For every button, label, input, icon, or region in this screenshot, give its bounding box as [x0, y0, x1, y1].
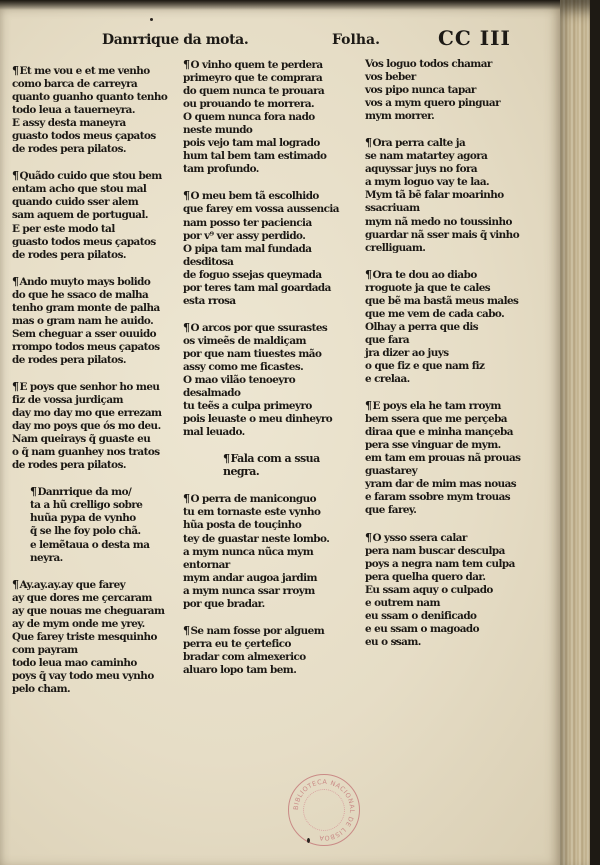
- verse-line: pera quelha quero dar.: [365, 571, 550, 584]
- verse-line: ¶Quãdo cuido que stou bem: [12, 169, 187, 183]
- verse-text: a mym loguo vay te laa.: [365, 176, 489, 188]
- book-page: Danrrique da mota. Folha. CC III ¶Et me …: [0, 0, 560, 865]
- verse-line: neste mundo: [183, 124, 363, 137]
- verse-stanza: ¶Ora perra calte jase nam matartey agora…: [365, 136, 550, 254]
- verse-text: que farey em vossa aussencia: [183, 203, 339, 215]
- verse-line: Vos loguo todos chamar: [365, 58, 550, 71]
- pilcrow-icon: ¶: [183, 189, 189, 202]
- verse-text: por v⁹ ver assy perdido.: [183, 230, 305, 242]
- verse-line: ¶Ora te dou ao diabo: [365, 268, 550, 282]
- verse-line: day mo day mo que errezam: [12, 407, 187, 420]
- verse-text: ay de mym onde me yrey.: [12, 618, 145, 630]
- verse-line: o q̃ nam guanhey nos tratos: [12, 446, 187, 459]
- verse-text: todo leua mao caminho: [12, 657, 137, 669]
- verse-text: de rodes pera pilatos.: [12, 143, 126, 155]
- verse-line: crelliguam.: [365, 242, 550, 255]
- verse-stanza: ¶O vinho quem te perderaprimeyro que te …: [183, 58, 363, 176]
- verse-text: Nam queirays q̃ guaste eu: [12, 433, 150, 445]
- verse-line: do quem nunca te prouara: [183, 85, 363, 98]
- verse-text: Vos loguo todos chamar: [365, 58, 492, 70]
- verse-line: primeyro que te comprara: [183, 72, 363, 85]
- verse-line: hũa posta de touçinho: [183, 519, 363, 532]
- verse-line: e outrem nam: [365, 597, 550, 610]
- verse-line: ¶O ysso ssera calar: [365, 531, 550, 545]
- pilcrow-icon: ¶: [365, 531, 371, 544]
- verse-text: esta rrosa: [183, 295, 236, 307]
- verse-line: aluaro lopo tam bem.: [183, 664, 363, 677]
- verse-line: a mym nunca nũca mym: [183, 546, 363, 559]
- verse-line: ¶Et me vou e et me venho: [12, 64, 187, 78]
- verse-text: entam acho que stou mal: [12, 183, 146, 195]
- verse-text: perra eu te çertefico: [183, 638, 291, 650]
- verse-text: day mo day mo que errezam: [12, 407, 162, 419]
- pilcrow-icon: ¶: [12, 578, 18, 591]
- pilcrow-icon: ¶: [365, 399, 371, 412]
- verse-line: por que bradar.: [183, 598, 363, 611]
- verse-text: os vimeẽs de maldiçam: [183, 335, 306, 347]
- verse-text: guastarey: [365, 465, 417, 477]
- verse-text: Se nam fosse por alguem: [190, 625, 324, 637]
- verse-text: Olhay a perra que dis: [365, 321, 478, 333]
- verse-line: ¶E poys ela he tam rroym: [365, 399, 550, 413]
- verse-text: E poys que senhor ho meu: [19, 381, 159, 393]
- verse-text: aluaro lopo tam bem.: [183, 664, 296, 676]
- verse-line: tenho gram monte de palha: [12, 302, 187, 315]
- verse-text: a mym nunca ssar rroym: [183, 585, 315, 597]
- verse-line: guasto todos meus çapatos: [12, 236, 187, 249]
- verse-line: de rodes pera pilatos.: [12, 143, 187, 156]
- verse-line: bem ssera que me perçeba: [365, 413, 550, 426]
- verse-line: ay de mym onde me yrey.: [12, 618, 187, 631]
- verse-line: E per este modo tal: [12, 223, 187, 236]
- verse-text: de rodes pera pilatos.: [12, 354, 126, 366]
- pilcrow-icon: ¶: [183, 321, 189, 334]
- binding-shadow: [590, 0, 600, 865]
- verse-line: tu teẽs a culpa primeyro: [183, 400, 363, 413]
- verse-stanza: ¶Ay.ay.ay.ay que fareyay que dores me çe…: [12, 578, 187, 696]
- verse-line: ¶Danrrique da mo/: [30, 485, 187, 499]
- verse-line: aquyssar juys no fora: [365, 163, 550, 176]
- verse-stanza: ¶Ando muyto mays bolidodo que he ssaco d…: [12, 275, 187, 367]
- verse-line: ou prouando te morrera.: [183, 98, 363, 111]
- verse-text: o q̃ nam guanhey nos tratos: [12, 446, 160, 458]
- pilcrow-icon: ¶: [183, 624, 189, 637]
- verse-line: pera sse vinguar de mym.: [365, 439, 550, 452]
- verse-line: pelo cham.: [12, 683, 187, 696]
- verse-text: guasto todos meus çapatos: [12, 130, 156, 142]
- stamp-ring-text: BIBLIOTECA NACIONAL DE LISBOA: [289, 775, 359, 845]
- verse-line: e faram ssobre mym trouas: [365, 491, 550, 504]
- verse-text: Ay.ay.ay.ay que farey: [19, 579, 125, 591]
- verse-text: jra dizer ao juys: [365, 347, 449, 359]
- verse-text: O arcos por que ssurastes: [190, 322, 327, 334]
- verse-text: E per este modo tal: [12, 223, 115, 235]
- verse-line: por v⁹ ver assy perdido.: [183, 230, 363, 243]
- verse-text: q̃ se lhe foy polo chã.: [30, 525, 141, 537]
- verse-text: tu teẽs a culpa primeyro: [183, 400, 312, 412]
- verse-line: ¶Ora perra calte ja: [365, 136, 550, 150]
- pilcrow-icon: ¶: [223, 452, 229, 465]
- verse-text: primeyro que te comprara: [183, 72, 322, 84]
- verse-line: e crelaa.: [365, 373, 550, 386]
- verse-line: com payram: [12, 644, 187, 657]
- verse-line: de rodes pera pilatos.: [12, 459, 187, 472]
- verse-line: pois leuaste o meu dinheyro: [183, 413, 363, 426]
- verse-text: Mym tã bẽ falar moarinho: [365, 189, 504, 201]
- verse-line: desditosa: [183, 256, 363, 269]
- verse-line: E assy desta maneyra: [12, 117, 187, 130]
- verse-text: aquyssar juys no fora: [365, 163, 477, 175]
- verse-line: em tam em prouas nã prouas: [365, 452, 550, 465]
- verse-text: do quem nunca te prouara: [183, 85, 324, 97]
- verse-line: ¶O perra de maniconguo: [183, 492, 363, 506]
- pilcrow-icon: ¶: [365, 268, 371, 281]
- verse-line: bradar com almexerico: [183, 651, 363, 664]
- paper-speck: [150, 18, 153, 21]
- text-column-2: ¶O vinho quem te perderaprimeyro que te …: [183, 58, 363, 690]
- verse-line: ay que dores me çercaram: [12, 592, 187, 605]
- verse-line: jra dizer ao juys: [365, 347, 550, 360]
- verse-line: a mym loguo vay te laa.: [365, 176, 550, 189]
- verse-text: O vinho quem te perdera: [190, 59, 322, 71]
- verse-line: Eu ssam aquy o culpado: [365, 584, 550, 597]
- verse-line: por teres tam mal goardada: [183, 282, 363, 295]
- verse-text: pois vejo tam mal logrado: [183, 137, 320, 149]
- verse-line: rrompo todos meus çapatos: [12, 341, 187, 354]
- verse-text: de rodes pera pilatos.: [12, 459, 126, 471]
- verse-text: hum tal bem tam estimado: [183, 150, 326, 162]
- verse-stanza: ¶O arcos por que ssurastesos vimeẽs de m…: [183, 321, 363, 439]
- verse-text: o que fiz e que nam fiz: [365, 360, 484, 372]
- verse-text: ay que nouas me cheguaram: [12, 605, 164, 617]
- verse-text: Ora te dou ao diabo: [372, 269, 476, 281]
- verse-line: ¶O arcos por que ssurastes: [183, 321, 363, 335]
- verse-text: ta a hũ crelligo sobre: [30, 499, 142, 511]
- verse-text: e crelaa.: [365, 373, 410, 385]
- verse-text: E assy desta maneyra: [12, 117, 126, 129]
- verse-line: desalmado: [183, 387, 363, 400]
- verse-line: ¶Ando muyto mays bolido: [12, 275, 187, 289]
- verse-line: O pipa tam mal fundada: [183, 243, 363, 256]
- verse-text: pois leuaste o meu dinheyro: [183, 413, 332, 425]
- verse-stanza: Vos loguo todos chamarvos bebervos pipo …: [365, 58, 550, 123]
- verse-line: ¶O meu bem tã escolhido: [183, 189, 363, 203]
- verse-text: O quem nunca fora nado: [183, 111, 315, 123]
- verse-line: yram dar de mim mas nouas: [365, 478, 550, 491]
- verse-text: nam posso ter paciencia: [183, 217, 312, 229]
- verse-text: se nam matartey agora: [365, 150, 487, 162]
- verse-line: que farey em vossa aussencia: [183, 203, 363, 216]
- verse-text: quando cuido sser alem: [12, 196, 138, 208]
- pilcrow-icon: ¶: [12, 64, 18, 77]
- verse-line: tu em tornaste este vynho: [183, 506, 363, 519]
- verse-text: assy como me ficastes.: [183, 361, 303, 373]
- verse-text: ssacriuam: [365, 202, 420, 214]
- verse-line: se nam matartey agora: [365, 150, 550, 163]
- verse-text: e eu ssam o magoado: [365, 623, 479, 635]
- verse-text: a mym nunca nũca mym: [183, 546, 313, 558]
- verse-text: entornar: [183, 559, 230, 571]
- svg-text:BIBLIOTECA NACIONAL DE LISBOA: BIBLIOTECA NACIONAL DE LISBOA: [292, 778, 356, 842]
- verse-text: Ando muyto mays bolido: [19, 276, 150, 288]
- page-header: Danrrique da mota. Folha. CC III: [100, 30, 540, 52]
- verse-text: mas o gram nam he auido.: [12, 315, 153, 327]
- verse-line: pois vejo tam mal logrado: [183, 137, 363, 150]
- verse-text: tu em tornaste este vynho: [183, 506, 320, 518]
- verse-line: pera nam buscar desculpa: [365, 545, 550, 558]
- verse-line: eu o ssam.: [365, 636, 550, 649]
- verse-line: ssacriuam: [365, 202, 550, 215]
- verse-text: bradar com almexerico: [183, 651, 306, 663]
- verse-line: de rodes pera pilatos.: [12, 249, 187, 262]
- verse-text: que bẽ ma bastã meus males: [365, 295, 518, 307]
- verse-line: mym morrer.: [365, 110, 550, 123]
- verse-line: ta a hũ crelligo sobre: [30, 499, 187, 512]
- verse-text: ay que dores me çercaram: [12, 592, 152, 604]
- verse-text: por que nam tiuestes mão: [183, 348, 321, 360]
- verse-text: crelliguam.: [365, 242, 425, 254]
- verse-text: mym morrer.: [365, 110, 434, 122]
- verse-line: que farey.: [365, 504, 550, 517]
- verse-line: de foguo ssejas queymada: [183, 269, 363, 282]
- verse-text: O meu bem tã escolhido: [190, 190, 318, 202]
- verse-text: huũa pypa de vynho: [30, 512, 136, 524]
- verse-text: pera nam buscar desculpa: [365, 545, 505, 557]
- verse-stanza: ¶O meu bem tã escolhidoque farey em voss…: [183, 189, 363, 307]
- verse-line: por que nam tiuestes mão: [183, 348, 363, 361]
- verse-text: pelo cham.: [12, 683, 70, 695]
- verse-text: diraa que e minha mançeba: [365, 426, 513, 438]
- verse-line: neyra.: [30, 552, 187, 565]
- verse-line: de rodes pera pilatos.: [12, 354, 187, 367]
- verse-text: Quãdo cuido que stou bem: [19, 170, 161, 182]
- verse-text: guardar nã sser mais q̃ vinho: [365, 229, 519, 241]
- verse-text: tam profundo.: [183, 163, 259, 175]
- pilcrow-icon: ¶: [12, 275, 18, 288]
- verse-text: hũa posta de touçinho: [183, 519, 301, 531]
- verse-text: Ora perra calte ja: [372, 137, 465, 149]
- text-column-1: ¶Et me vou e et me venhocomo barca de ca…: [12, 64, 187, 709]
- verse-text: rrompo todos meus çapatos: [12, 341, 160, 353]
- verse-text: Sem cheguar a sser ouuido: [12, 328, 156, 340]
- pilcrow-icon: ¶: [12, 380, 18, 393]
- verse-text: mym andar augoa jardim: [183, 572, 317, 584]
- verse-text: O perra de maniconguo: [190, 493, 316, 505]
- verse-line: day mo poys que ós mo deu.: [12, 420, 187, 433]
- verse-text: por que bradar.: [183, 598, 265, 610]
- verse-line: mym andar augoa jardim: [183, 572, 363, 585]
- folio-number: CC III: [438, 26, 511, 50]
- verse-line: ¶E poys que senhor ho meu: [12, 380, 187, 394]
- verse-text: pera sse vinguar de mym.: [365, 439, 501, 451]
- verse-line: todo leua a tauerneyra.: [12, 104, 187, 117]
- verse-line: sam aquem de portugual.: [12, 209, 187, 222]
- page-top-shadow: [0, 0, 560, 10]
- verse-line: do que he ssaco de malha: [12, 289, 187, 302]
- verse-text: e faram ssobre mym trouas: [365, 491, 510, 503]
- verse-text: como barca de carreyra: [12, 78, 137, 90]
- verse-line: vos a mym quero pinguar: [365, 97, 550, 110]
- verse-line: mas o gram nam he auido.: [12, 315, 187, 328]
- verse-text: que fara: [365, 334, 409, 346]
- verse-text: Fala com a ssua: [230, 452, 319, 465]
- pilcrow-icon: ¶: [12, 169, 18, 182]
- verse-text: O ysso ssera calar: [372, 532, 466, 544]
- verse-text: em tam em prouas nã prouas: [365, 452, 520, 464]
- verse-text: rroguote ja que te cales: [365, 282, 490, 294]
- verse-line: mym nã medo no toussinho: [365, 216, 550, 229]
- verse-text: Danrrique da mo/: [37, 486, 131, 498]
- verse-line: assy como me ficastes.: [183, 361, 363, 374]
- verse-stanza: ¶E poys ela he tam rroymbem ssera que me…: [365, 399, 550, 517]
- verse-text: quanto guanho quanto tenho: [12, 91, 167, 103]
- verse-line: todo leua mao caminho: [12, 657, 187, 670]
- verse-line: negra.: [223, 465, 363, 478]
- verse-text: Que farey triste mesquinho: [12, 631, 157, 643]
- running-head: Danrrique da mota.: [102, 32, 248, 48]
- pilcrow-icon: ¶: [30, 485, 36, 498]
- verse-text: vos a mym quero pinguar: [365, 97, 500, 109]
- verse-text: por teres tam mal goardada: [183, 282, 331, 294]
- verse-text: que farey.: [365, 504, 416, 516]
- verse-line: ¶Fala com a ssua: [223, 452, 363, 465]
- verse-line: guastarey: [365, 465, 550, 478]
- verse-text: e outrem nam: [365, 597, 440, 609]
- verse-text: poys q̃ vay todo meu vynho: [12, 670, 154, 682]
- verse-line: ¶Ay.ay.ay.ay que farey: [12, 578, 187, 592]
- verse-line: Mym tã bẽ falar moarinho: [365, 189, 550, 202]
- verse-line: o que fiz e que nam fiz: [365, 360, 550, 373]
- verse-line: entornar: [183, 559, 363, 572]
- verse-text: de foguo ssejas queymada: [183, 269, 322, 281]
- verse-stanza: ¶Ora te dou ao diaborroguote ja que te c…: [365, 268, 550, 386]
- verse-line: quando cuido sser alem: [12, 196, 187, 209]
- verse-line: vos pipo nunca tapar: [365, 84, 550, 97]
- verse-line: entam acho que stou mal: [12, 183, 187, 196]
- pilcrow-icon: ¶: [183, 492, 189, 505]
- verse-text: de rodes pera pilatos.: [12, 249, 126, 261]
- library-stamp: BIBLIOTECA NACIONAL DE LISBOA: [288, 774, 360, 846]
- verse-line: ¶Se nam fosse por alguem: [183, 624, 363, 638]
- verse-text: Et me vou e et me venho: [19, 65, 149, 77]
- verse-text: day mo poys que ós mo deu.: [12, 420, 161, 432]
- paper-speck: [395, 640, 397, 642]
- verse-text: yram dar de mim mas nouas: [365, 478, 516, 490]
- paper-speck: [307, 838, 310, 843]
- verse-text: vos beber: [365, 71, 416, 83]
- verse-line: tey de guastar neste lombo.: [183, 533, 363, 546]
- verse-line: O mao vilão tenoeyro: [183, 374, 363, 387]
- verse-line: O quem nunca fora nado: [183, 111, 363, 124]
- verse-text: guasto todos meus çapatos: [12, 236, 156, 248]
- rubric-heading: ¶Fala com a ssuanegra.: [223, 452, 363, 478]
- verse-text: desalmado: [183, 387, 240, 399]
- verse-stanza: ¶Et me vou e et me venhocomo barca de ca…: [12, 64, 187, 156]
- verse-stanza: ¶Se nam fosse por alguemperra eu te çert…: [183, 624, 363, 677]
- verse-line: que fara: [365, 334, 550, 347]
- verse-line: a mym nunca ssar rroym: [183, 585, 363, 598]
- verse-line: fiz de vossa jurdiçam: [12, 394, 187, 407]
- verse-line: guardar nã sser mais q̃ vinho: [365, 229, 550, 242]
- text-column-3: Vos loguo todos chamarvos bebervos pipo …: [365, 58, 550, 662]
- verse-text: mal leuado.: [183, 426, 245, 438]
- verse-line: ¶O vinho quem te perdera: [183, 58, 363, 72]
- verse-line: esta rrosa: [183, 295, 363, 308]
- verse-stanza: ¶Quãdo cuido que stou bementam acho que …: [12, 169, 187, 261]
- verse-text: desditosa: [183, 256, 233, 268]
- verse-line: q̃ se lhe foy polo chã.: [30, 525, 187, 538]
- verse-text: do que he ssaco de malha: [12, 289, 148, 301]
- verse-text: pera quelha quero dar.: [365, 571, 485, 583]
- verse-text: neste mundo: [183, 124, 252, 136]
- verse-text: tey de guastar neste lombo.: [183, 533, 329, 545]
- verse-text: sam aquem de portugual.: [12, 209, 148, 221]
- pilcrow-icon: ¶: [183, 58, 189, 71]
- verse-text: eu ssam o denificado: [365, 610, 476, 622]
- verse-line: que me vem de cada cabo.: [365, 308, 550, 321]
- verse-stanza: ¶O ysso ssera calarpera nam buscar descu…: [365, 531, 550, 649]
- verse-text: fiz de vossa jurdiçam: [12, 394, 123, 406]
- pilcrow-icon: ¶: [365, 136, 371, 149]
- verse-line: como barca de carreyra: [12, 78, 187, 91]
- verse-text: eu o ssam.: [365, 636, 421, 648]
- verse-text: mym nã medo no toussinho: [365, 216, 512, 228]
- verse-text: poys a negra nam tem culpa: [365, 558, 515, 570]
- rubric-heading: ¶Danrrique da mo/ta a hũ crelligo sobreh…: [30, 485, 187, 564]
- verse-text: vos pipo nunca tapar: [365, 84, 476, 96]
- verse-line: poys q̃ vay todo meu vynho: [12, 670, 187, 683]
- verse-text: E poys ela he tam rroym: [372, 400, 500, 412]
- verse-text: tenho gram monte de palha: [12, 302, 160, 314]
- verse-line: vos beber: [365, 71, 550, 84]
- verse-line: mal leuado.: [183, 426, 363, 439]
- verse-text: negra.: [223, 465, 259, 478]
- verse-line: guasto todos meus çapatos: [12, 130, 187, 143]
- verse-line: huũa pypa de vynho: [30, 512, 187, 525]
- verse-line: perra eu te çertefico: [183, 638, 363, 651]
- verse-stanza: ¶O perra de maniconguotu em tornaste est…: [183, 492, 363, 610]
- verse-text: O pipa tam mal fundada: [183, 243, 311, 255]
- verse-line: e lemẽtaua o desta ma: [30, 539, 187, 552]
- verse-line: Sem cheguar a sser ouuido: [12, 328, 187, 341]
- verse-text: que me vem de cada cabo.: [365, 308, 504, 320]
- verse-line: Que farey triste mesquinho: [12, 631, 187, 644]
- verse-text: Eu ssam aquy o culpado: [365, 584, 493, 596]
- verse-line: nam posso ter paciencia: [183, 217, 363, 230]
- verse-line: os vimeẽs de maldiçam: [183, 335, 363, 348]
- verse-stanza: ¶E poys que senhor ho meufiz de vossa ju…: [12, 380, 187, 472]
- verse-line: Nam queirays q̃ guaste eu: [12, 433, 187, 446]
- verse-text: e lemẽtaua o desta ma: [30, 539, 149, 551]
- verse-line: diraa que e minha mançeba: [365, 426, 550, 439]
- verse-line: eu ssam o denificado: [365, 610, 550, 623]
- verse-line: rroguote ja que te cales: [365, 282, 550, 295]
- verse-text: ou prouando te morrera.: [183, 98, 314, 110]
- verse-line: poys a negra nam tem culpa: [365, 558, 550, 571]
- verse-text: todo leua a tauerneyra.: [12, 104, 135, 116]
- verse-line: quanto guanho quanto tenho: [12, 91, 187, 104]
- verse-line: que bẽ ma bastã meus males: [365, 295, 550, 308]
- verse-line: hum tal bem tam estimado: [183, 150, 363, 163]
- verse-line: ay que nouas me cheguaram: [12, 605, 187, 618]
- verse-line: e eu ssam o magoado: [365, 623, 550, 636]
- verse-text: neyra.: [30, 552, 63, 564]
- verse-text: bem ssera que me perçeba: [365, 413, 507, 425]
- verse-text: O mao vilão tenoeyro: [183, 374, 295, 386]
- verse-line: Olhay a perra que dis: [365, 321, 550, 334]
- verse-line: tam profundo.: [183, 163, 363, 176]
- verse-text: com payram: [12, 644, 78, 656]
